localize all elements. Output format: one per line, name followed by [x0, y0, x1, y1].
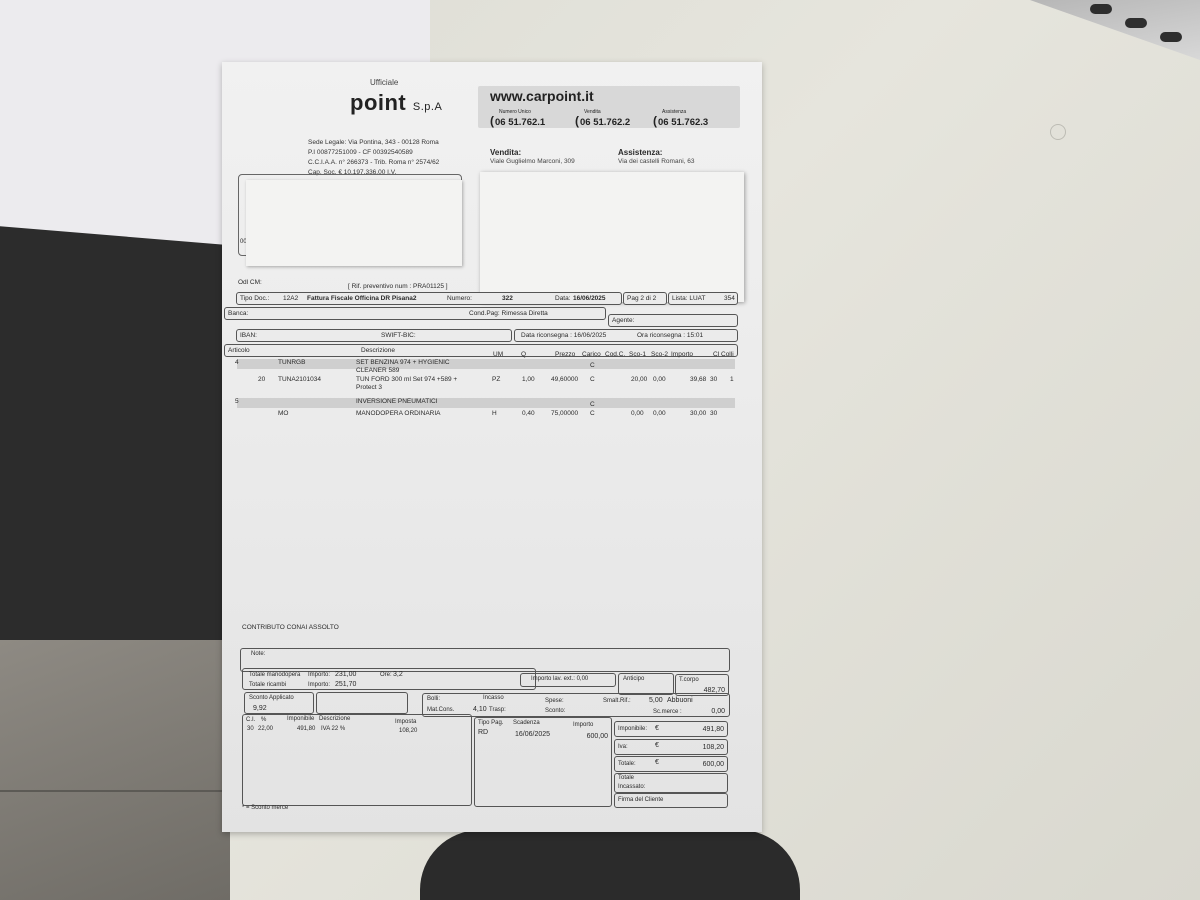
stamps-label: Bolli:	[427, 696, 440, 702]
doc-type-code: 12A2	[283, 293, 298, 304]
payment-box: Tipo Pag. Scadenza Importo RD 16/06/2025…	[474, 717, 612, 807]
parts-total-label: Totale ricambi	[249, 682, 286, 688]
return-row: Data riconsegna : 16/06/2025 Ora riconse…	[514, 329, 738, 342]
parts-amount-label: Importo:	[308, 682, 330, 688]
contact-header: www.carpoint.it Numero Unico 06 51.762.1…	[478, 86, 740, 128]
swift-label: SWIFT-BIC:	[381, 330, 416, 341]
cell-sco1: 0,00	[631, 410, 644, 418]
consumables-value: 4,10	[473, 706, 487, 713]
shoe	[420, 830, 800, 900]
cell-sco2: 0,00	[653, 410, 666, 418]
website-link[interactable]: www.carpoint.it	[490, 88, 594, 104]
taxable-label: Imponibile:	[618, 726, 647, 732]
cell-q: 0,40	[522, 410, 535, 418]
cell-desc: TUN FORD 300 ml Set 974 +589 +	[356, 376, 457, 384]
table-row: 4TUNRGBSET BENZINA 974 + HYGIENICCCLEANE…	[237, 359, 735, 369]
pay-due-date: 16/06/2025	[515, 731, 550, 738]
cell-desc: MANODOPERA ORDINARIA	[356, 410, 441, 418]
desk-mat	[0, 218, 240, 696]
phone-label: Assistenza	[662, 108, 708, 117]
company-name: point	[350, 90, 406, 115]
floor-tile-line	[0, 790, 230, 792]
agent-label: Agente:	[612, 315, 634, 326]
doc-type-desc: Fattura Fiscale Officina DR Pisana2	[307, 293, 416, 304]
conai-note: CONTRIBUTO CONAI ASSOLTO	[242, 624, 339, 631]
cell-importo: 30,00	[690, 410, 706, 418]
table-header: Articolo Descrizione UM Q Prezzo Carico …	[224, 344, 738, 357]
collected-label-2: Incassato:	[618, 784, 645, 790]
cell-importo: 39,68	[690, 376, 706, 384]
hours-value: 3,2	[393, 671, 403, 678]
signature-label: Firma del Cliente	[618, 797, 663, 803]
sales-address: Viale Guglielmo Marconi, 309	[490, 158, 575, 165]
hours-label: Ore:	[380, 672, 392, 678]
vat-pct: 22,00	[258, 726, 273, 732]
vat-ci: 30	[247, 726, 254, 732]
labor-amount-label: Importo:	[308, 672, 330, 678]
redaction-sticker	[480, 172, 744, 302]
phone-sales: Vendita 06 51.762.2	[575, 108, 630, 127]
discount-label: Sconto Applicato	[249, 695, 294, 701]
vat-label: Iva:	[618, 744, 628, 750]
phone-number: 06 51.762.3	[653, 117, 708, 128]
cell-carico: C	[590, 376, 595, 384]
binder-sleeve	[1000, 0, 1200, 60]
cell-um: PZ	[492, 376, 500, 384]
col-header: Descrizione	[361, 345, 395, 356]
ext-work-amount: Importo lav. ext.: 0,00	[531, 676, 588, 682]
odl-label: Odl CM:	[238, 279, 262, 286]
cell-colli: 1	[730, 376, 734, 384]
consumables-label: Mat.Cons.	[427, 707, 454, 713]
rebates-label: Abbuoni	[667, 697, 693, 704]
collected-total-box: Totale Incassato:	[614, 773, 728, 793]
cell-ci: 30	[710, 410, 717, 418]
binder-hole	[1125, 18, 1147, 28]
vat-col-header: Imponibile	[287, 716, 314, 722]
phone-service: Assistenza 06 51.762.3	[653, 108, 708, 127]
phone-label: Numero Unico	[499, 108, 545, 117]
pay-col-header: Tipo Pag.	[478, 720, 503, 726]
discount-box: Sconto Applicato 9,92	[244, 692, 314, 714]
notes-label: Note:	[251, 651, 265, 657]
advance-label: Anticipo	[623, 676, 644, 682]
taxable-total: 491,80	[703, 726, 724, 733]
doc-type-label: Tipo Doc.:	[240, 293, 269, 304]
list-code: 354	[724, 293, 735, 304]
service-label: Assistenza:	[618, 148, 662, 157]
company-logo: point S.p.A	[350, 90, 442, 116]
grand-total-box: Totale: € 600,00	[614, 756, 728, 772]
cell-q: 1,00	[522, 376, 535, 384]
discount-value: 9,92	[253, 705, 267, 712]
vat-box: C.I. % Imponibile Descrizione Imposta 30…	[242, 714, 472, 806]
discount2-label: Sconto:	[545, 708, 565, 714]
taxable-total-box: Imponibile: € 491,80	[614, 721, 728, 737]
currency-symbol: €	[655, 742, 659, 749]
info-line: P.I 00877251009 - CF 00392540589	[308, 148, 439, 158]
cell-um: H	[492, 410, 497, 418]
collected-label: Totale	[618, 775, 634, 781]
iban-label: IBAN:	[240, 330, 257, 341]
transport-label: Trasp:	[489, 707, 506, 713]
info-line: C.C.I.A.A. n° 266373 - Trib. Roma n° 257…	[308, 158, 439, 168]
vat-col-header: C.I.	[246, 717, 255, 723]
payment-terms: Cond.Pag: Rimessa Diretta	[469, 308, 548, 319]
cell-ci: 30	[710, 376, 717, 384]
totals-box: Totale manodopera Importo: 231,00 Ore: 3…	[242, 668, 536, 690]
invoice-document: Ufficiale point S.p.A Sede Legale: Via P…	[222, 62, 762, 832]
advance-box: Anticipo	[618, 673, 674, 695]
table-row: 5INVERSIONE PNEUMATICIC	[237, 398, 735, 408]
expenses-label: Spese:	[545, 698, 564, 704]
company-legal-info: Sede Legale: Via Pontina, 343 - 00128 Ro…	[308, 138, 439, 178]
cell-desc-continued: CLEANER 589	[356, 367, 399, 375]
return-time: Ora riconsegna : 15:01	[637, 330, 703, 341]
table-row: MOMANODOPERA ORDINARIAH0,4075,00000C0,00…	[237, 410, 735, 420]
doc-number: 322	[502, 293, 513, 304]
vat-tax: 108,20	[399, 728, 417, 734]
vat-total: 108,20	[703, 744, 724, 751]
list-box: Lista: LUAT 354	[668, 292, 738, 305]
cell-carico: C	[590, 401, 595, 409]
cell-code: TUNA2101034	[278, 376, 321, 384]
page-indicator: Pag 2 di 2	[627, 293, 656, 304]
currency-symbol: €	[655, 725, 659, 732]
sales-label: Vendita:	[490, 148, 521, 157]
iban-row: IBAN: SWIFT-BIC:	[236, 329, 512, 342]
vat-desc: IVA 22 %	[321, 726, 345, 732]
pay-col-header: Importo	[573, 722, 593, 728]
vat-taxable: 491,80	[297, 726, 315, 732]
bank-label: Banca:	[228, 308, 248, 319]
info-line: Sede Legale: Via Pontina, 343 - 00128 Ro…	[308, 138, 439, 148]
list-label: Lista: LUAT	[672, 293, 705, 304]
agent-box: Agente:	[608, 314, 738, 327]
floor	[0, 640, 230, 900]
cell-seq: 20	[258, 376, 265, 384]
phone-label: Vendita	[584, 108, 630, 117]
quote-reference: [ Rif. preventivo num : PRA01125 ]	[348, 283, 448, 290]
vat-total-box: Iva: € 108,20	[614, 739, 728, 755]
pay-col-header: Scadenza	[513, 720, 540, 726]
page-box: Pag 2 di 2	[623, 292, 667, 305]
body-total-label: T.corpo	[679, 677, 699, 683]
signature-box: Firma del Cliente	[614, 793, 728, 808]
goods-discount-label: Sc.merce :	[653, 709, 682, 715]
parts-total: 251,70	[335, 681, 356, 688]
table-row: 20TUNA2101034TUN FORD 300 ml Set 974 +58…	[237, 376, 735, 386]
binder-hole	[1090, 4, 1112, 14]
goods-discount-value: 0,00	[711, 708, 725, 715]
doc-date: 16/06/2025	[573, 293, 606, 304]
doc-type-row: Tipo Doc.: 12A2 Fattura Fiscale Officina…	[236, 292, 622, 305]
cell-carico: C	[590, 410, 595, 418]
col-header: Articolo	[228, 345, 250, 356]
cell-code: TUNRGB	[278, 359, 305, 367]
desk-hole	[1050, 124, 1066, 140]
cell-group: 4	[235, 359, 239, 367]
cell-carico: C	[590, 362, 595, 370]
grand-total: 600,00	[703, 761, 724, 768]
labor-total: 231,00	[335, 671, 356, 678]
pay-type: RD	[478, 729, 488, 736]
service-address: Via dei castelli Romani, 63	[618, 158, 694, 165]
cell-desc: INVERSIONE PNEUMATICI	[356, 398, 438, 406]
cell-prezzo: 49,60000	[551, 376, 578, 384]
redaction-sticker	[246, 180, 462, 266]
disposal-value: 5,00	[649, 697, 663, 704]
company-suffix: S.p.A	[413, 101, 442, 113]
empty-box	[316, 692, 408, 714]
phone-number: 06 51.762.2	[575, 117, 630, 128]
pay-amount: 600,00	[587, 733, 608, 740]
cell-desc: SET BENZINA 974 + HYGIENIC	[356, 359, 450, 367]
labor-total-label: Totale manodopera	[249, 672, 300, 678]
return-date: Data riconsegna : 16/06/2025	[521, 330, 606, 341]
vat-col-header: Imposta	[395, 719, 416, 725]
cell-sco2: 0,00	[653, 376, 666, 384]
date-label: Data:	[555, 293, 571, 304]
cell-code: MO	[278, 410, 288, 418]
phone-number: 06 51.762.1	[490, 117, 545, 128]
vat-col-header: %	[261, 717, 266, 723]
cell-sco1: 20,00	[631, 376, 647, 384]
disposal-label: Smalt.Rif.:	[603, 698, 631, 704]
bank-row: Banca: Cond.Pag: Rimessa Diretta	[224, 307, 606, 320]
currency-symbol: €	[655, 759, 659, 766]
company-tagline: Ufficiale	[370, 78, 398, 87]
cell-desc-continued: Protect 3	[356, 384, 382, 392]
phone-main: Numero Unico 06 51.762.1	[490, 108, 545, 127]
number-label: Numero:	[447, 293, 472, 304]
vat-col-header: Descrizione	[319, 716, 350, 722]
cell-prezzo: 75,00000	[551, 410, 578, 418]
cell-group: 5	[235, 398, 239, 406]
grand-total-label: Totale:	[618, 761, 636, 767]
ext-work-box: Importo lav. ext.: 0,00	[520, 673, 616, 687]
collection-label: Incasso	[483, 695, 504, 701]
binder-hole	[1160, 32, 1182, 42]
legend-note: * = Sconto merce	[242, 805, 288, 811]
